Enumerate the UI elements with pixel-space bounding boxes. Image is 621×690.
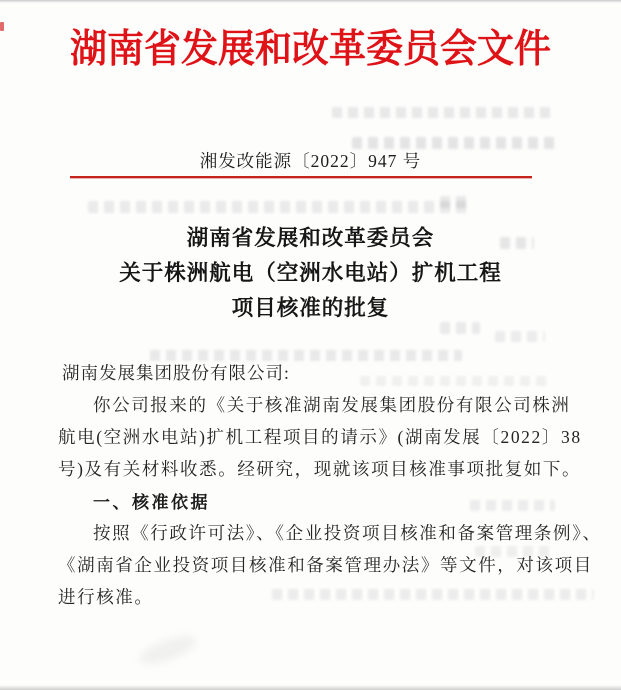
body-paragraph2-line: 《湖南省企业投资项目核准和备案管理办法》等文件，对该项目 (58, 552, 593, 577)
document-title-line: 关于株洲航电（空洲水电站）扩机工程 (0, 256, 621, 291)
page-bottom-edge-shadow (0, 685, 621, 690)
body-paragraph1-line: 航电(空洲水电站)扩机工程项目的请示》(湖南发展〔2022〕38 (58, 424, 582, 449)
body-paragraph2-line: 按照《行政许可法》、《企业投资项目核准和备案管理条例》、 (58, 520, 602, 545)
body-paragraph1-line: 你公司报来的《关于核准湖南发展集团股份有限公司株洲 (58, 392, 571, 417)
showthrough-smudge (470, 500, 555, 511)
red-divider-rule (70, 176, 532, 178)
showthrough-smudge (360, 376, 550, 386)
showthrough-smudge (332, 107, 554, 118)
body-paragraph1-line: 号)及有关材料收悉。经研究，现就该项目核准事项批复如下。 (58, 456, 581, 481)
document-title: 湖南省发展和改革委员会 关于株洲航电（空洲水电站）扩机工程 项目核准的批复 (0, 221, 621, 326)
scanned-document-page: 湖南省发展和改革委员会文件 湘发改能源〔2022〕947 号 湖南省发展和改革委… (0, 0, 621, 690)
body-paragraph2-line: 进行核准。 (58, 584, 154, 609)
section1-heading: 一、核准依据 (58, 488, 210, 513)
document-number: 湘发改能源〔2022〕947 号 (0, 148, 621, 173)
page-top-edge-shadow (0, 0, 621, 3)
showthrough-smudge (495, 331, 545, 342)
showthrough-smudge (440, 196, 472, 208)
showthrough-smudge (88, 201, 468, 213)
document-title-line: 湖南省发展和改革委员会 (0, 221, 621, 256)
document-title-line: 项目核准的批复 (0, 291, 621, 326)
addressee-line: 湖南发展集团股份有限公司: (62, 360, 290, 385)
showthrough-smudge (136, 630, 199, 669)
agency-letterhead-title: 湖南省发展和改革委员会文件 (0, 26, 621, 75)
showthrough-smudge (272, 589, 594, 600)
